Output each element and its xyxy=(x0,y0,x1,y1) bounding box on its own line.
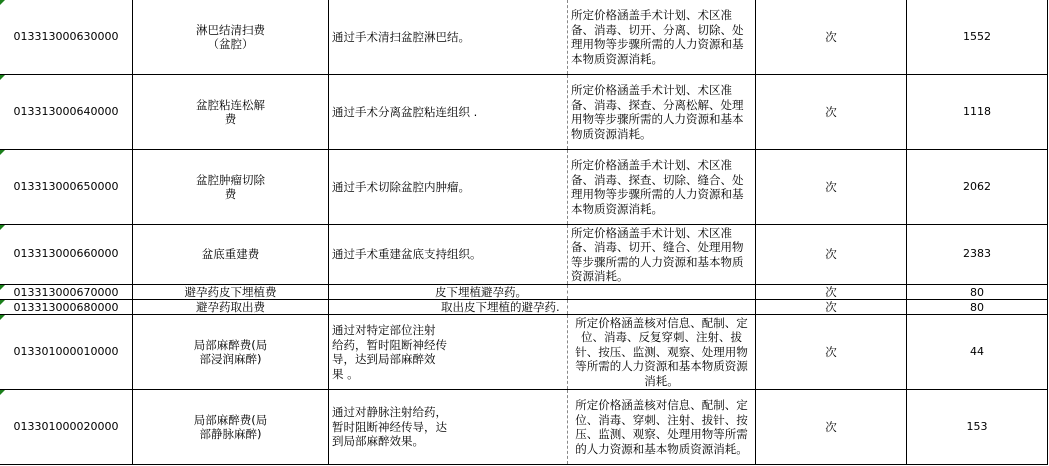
cell-connotation[interactable]: 取出皮下埋植的避孕药. xyxy=(329,300,568,315)
cell-price-scope[interactable]: 所定价格涵盖手术计划、术区准备、消毒、切开、缝合、处理用物等步骤所需的人力资源和… xyxy=(568,225,756,285)
cell-price-scope[interactable]: 所定价格涵盖手术计划、术区准备、消毒、切开、分离、切除、处理用物等步骤所需的人力… xyxy=(568,0,756,75)
comment-marker-icon xyxy=(0,390,5,395)
table-row: 013301000010000 局部麻醉费(局部浸润麻醉) 通过对特定部位注射给… xyxy=(0,315,1048,390)
cell-price-scope[interactable]: 所定价格涵盖核对信息、配制、定位、消毒、反复穿刺、注射、拔针、按压、监测、观察、… xyxy=(568,315,756,390)
cell-code[interactable]: 013313000650000 xyxy=(0,150,133,225)
table-row: 013313000680000 避孕药取出费 取出皮下埋植的避孕药. 次 80 xyxy=(0,300,1048,315)
cell-connotation[interactable]: 皮下埋植避孕药。 xyxy=(329,285,568,300)
cell-code[interactable]: 013313000630000 xyxy=(0,0,133,75)
cell-code[interactable]: 013313000680000 xyxy=(0,300,133,315)
cell-price-scope[interactable] xyxy=(568,285,756,300)
cell-price-scope[interactable]: 所定价格涵盖核对信息、配制、定位、消毒、穿刺、注射、拔针、按压、监测、观察、处理… xyxy=(568,390,756,465)
cell-unit[interactable]: 次 xyxy=(756,0,907,75)
table-row: 013301000020000 局部麻醉费(局部静脉麻醉) 通过对静脉注射给药，… xyxy=(0,390,1048,465)
cell-item-name[interactable]: 盆腔粘连松解费 xyxy=(133,75,329,150)
cell-item-name[interactable]: 淋巴结清扫费（盆腔） xyxy=(133,0,329,75)
cell-item-name[interactable]: 避孕药皮下埋植费 xyxy=(133,285,329,300)
cell-unit[interactable]: 次 xyxy=(756,150,907,225)
cell-code[interactable]: 013313000670000 xyxy=(0,285,133,300)
cell-code[interactable]: 013301000010000 xyxy=(0,315,133,390)
cell-price[interactable]: 44 xyxy=(907,315,1048,390)
cell-unit[interactable]: 次 xyxy=(756,390,907,465)
table-row: 013313000630000 淋巴结清扫费（盆腔） 通过手术清扫盆腔淋巴结。 … xyxy=(0,0,1048,75)
table-row: 013313000660000 盆底重建费 通过手术重建盆底支持组织。 所定价格… xyxy=(0,225,1048,285)
comment-marker-icon xyxy=(0,315,5,320)
cell-item-name[interactable]: 局部麻醉费(局部浸润麻醉) xyxy=(133,315,329,390)
cell-item-name[interactable]: 避孕药取出费 xyxy=(133,300,329,315)
cell-code[interactable]: 013301000020000 xyxy=(0,390,133,465)
cell-connotation[interactable]: 通过手术重建盆底支持组织。 xyxy=(329,225,568,285)
comment-marker-icon xyxy=(0,285,5,290)
cell-unit[interactable]: 次 xyxy=(756,75,907,150)
cell-price[interactable]: 80 xyxy=(907,285,1048,300)
comment-marker-icon xyxy=(0,75,5,80)
cell-connotation[interactable]: 通过对特定部位注射给药，暂时阻断神经传导，达到局部麻醉效果 。 xyxy=(329,315,568,390)
cell-unit[interactable]: 次 xyxy=(756,225,907,285)
cell-unit[interactable]: 次 xyxy=(756,300,907,315)
cell-connotation[interactable]: 通过手术切除盆腔内肿瘤。 xyxy=(329,150,568,225)
cell-price[interactable]: 1552 xyxy=(907,0,1048,75)
table-row: 013313000670000 避孕药皮下埋植费 皮下埋植避孕药。 次 80 xyxy=(0,285,1048,300)
comment-marker-icon xyxy=(0,300,5,305)
cell-connotation[interactable]: 通过手术分离盆腔粘连组织 . xyxy=(329,75,568,150)
cell-item-name[interactable]: 局部麻醉费(局部静脉麻醉) xyxy=(133,390,329,465)
cell-price-scope[interactable] xyxy=(568,300,756,315)
cell-unit[interactable]: 次 xyxy=(756,285,907,300)
table-row: 013313000640000 盆腔粘连松解费 通过手术分离盆腔粘连组织 . 所… xyxy=(0,75,1048,150)
cell-unit[interactable]: 次 xyxy=(756,315,907,390)
cell-price-scope[interactable]: 所定价格涵盖手术计划、术区准备、消毒、探查、分离松解、处理用物等步骤所需的人力资… xyxy=(568,75,756,150)
comment-marker-icon xyxy=(0,0,5,5)
cell-item-name[interactable]: 盆底重建费 xyxy=(133,225,329,285)
comment-marker-icon xyxy=(0,225,5,230)
cell-connotation[interactable]: 通过对静脉注射给药，暂时阻断神经传导，达到局部麻醉效果。 xyxy=(329,390,568,465)
cell-price[interactable]: 2062 xyxy=(907,150,1048,225)
table-row: 013313000650000 盆腔肿瘤切除费 通过手术切除盆腔内肿瘤。 所定价… xyxy=(0,150,1048,225)
pricing-table: 013313000630000 淋巴结清扫费（盆腔） 通过手术清扫盆腔淋巴结。 … xyxy=(0,0,1048,465)
cell-code[interactable]: 013313000660000 xyxy=(0,225,133,285)
comment-marker-icon xyxy=(0,150,5,155)
cell-price[interactable]: 1118 xyxy=(907,75,1048,150)
cell-price-scope[interactable]: 所定价格涵盖手术计划、术区准备、消毒、探查、切除、缝合、处理用物等步骤所需的人力… xyxy=(568,150,756,225)
cell-price[interactable]: 80 xyxy=(907,300,1048,315)
cell-price[interactable]: 2383 xyxy=(907,225,1048,285)
cell-connotation[interactable]: 通过手术清扫盆腔淋巴结。 xyxy=(329,0,568,75)
cell-item-name[interactable]: 盆腔肿瘤切除费 xyxy=(133,150,329,225)
cell-code[interactable]: 013313000640000 xyxy=(0,75,133,150)
spreadsheet-grid: 013313000630000 淋巴结清扫费（盆腔） 通过手术清扫盆腔淋巴结。 … xyxy=(0,0,1049,466)
cell-price[interactable]: 153 xyxy=(907,390,1048,465)
